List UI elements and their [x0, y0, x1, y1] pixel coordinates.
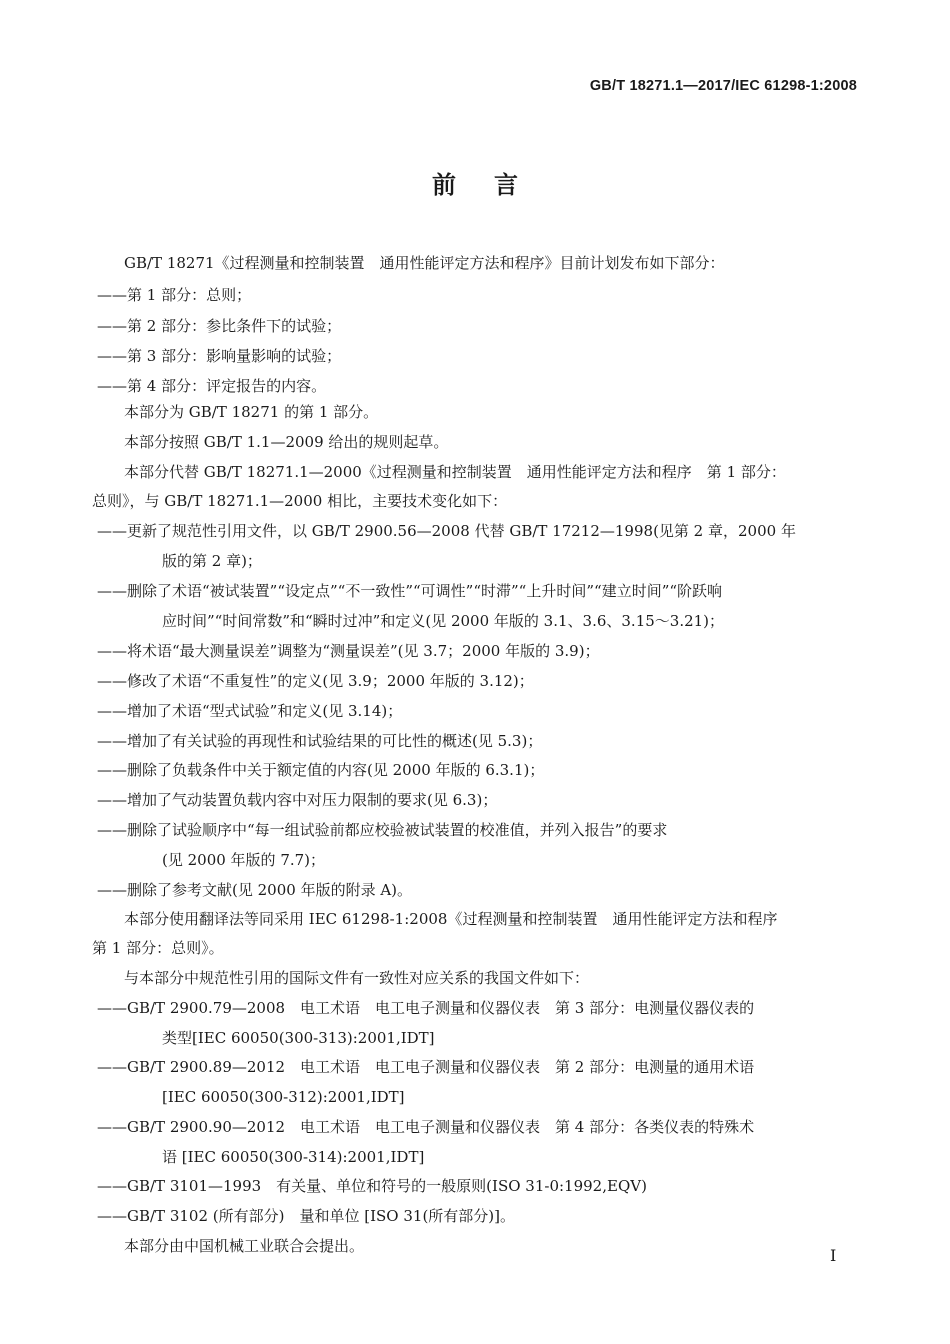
list-item: ——第 1 部分：总则； [97, 285, 251, 305]
paragraph-line: 版的第 2 章)； [162, 551, 262, 571]
list-item: ——删除了参考文献(见 2000 年版的附录 A)。 [97, 880, 412, 900]
list-item: ——增加了术语“型式试验”和定义(见 3.14)； [97, 701, 402, 721]
paragraph-line: 类型[IEC 60050(300-313):2001,IDT] [162, 1028, 435, 1048]
list-item: ——将术语“最大测量误差”调整为“测量误差”(见 3.7；2000 年版的 3.… [97, 641, 600, 661]
paragraph-line: 第 1 部分：总则》。 [92, 938, 224, 958]
paragraph-line: 与本部分中规范性引用的国际文件有一致性对应关系的我国文件如下： [124, 968, 589, 988]
paragraph-line: 本部分由中国机械工业联合会提出。 [124, 1236, 364, 1256]
paragraph-line: 本部分代替 GB/T 18271.1—2000《过程测量和控制装置 通用性能评定… [124, 462, 786, 482]
list-item: ——GB/T 2900.90—2012 电工术语 电工电子测量和仪器仪表 第 4… [97, 1117, 754, 1137]
list-item: ——GB/T 2900.89—2012 电工术语 电工电子测量和仪器仪表 第 2… [97, 1057, 754, 1077]
paragraph-line: [IEC 60050(300-312):2001,IDT] [162, 1087, 405, 1107]
list-item: ——GB/T 3101—1993 有关量、单位和符号的一般原则(ISO 31-0… [97, 1176, 647, 1196]
paragraph-line: 总则》，与 GB/T 18271.1—2000 相比，主要技术变化如下： [92, 491, 507, 511]
page-number: I [830, 1246, 836, 1265]
list-item: ——增加了有关试验的再现性和试验结果的可比性的概述(见 5.3)； [97, 731, 542, 751]
paragraph-line: 应时间”“时间常数”和“瞬时过冲”和定义(见 2000 年版的 3.1、3.6、… [162, 611, 724, 631]
list-item: ——第 3 部分：影响量影响的试验； [97, 346, 341, 366]
page-title: 前言 [0, 165, 950, 200]
list-item: ——增加了气动装置负载内容中对压力限制的要求(见 6.3)； [97, 790, 497, 810]
paragraph-line: (见 2000 年版的 7.7)； [162, 850, 325, 870]
list-item: ——删除了术语“被试装置”“设定点”“不一致性”“可调性”“时滞”“上升时间”“… [97, 581, 722, 601]
list-item: ——修改了术语“不重复性”的定义(见 3.9；2000 年版的 3.12)； [97, 671, 534, 691]
list-item: ——更新了规范性引用文件，以 GB/T 2900.56—2008 代替 GB/T… [97, 521, 796, 541]
list-item: ——第 4 部分：评定报告的内容。 [97, 376, 326, 396]
paragraph-line: 本部分使用翻译法等同采用 IEC 61298-1:2008《过程测量和控制装置 … [124, 909, 777, 929]
paragraph-line: 本部分为 GB/T 18271 的第 1 部分。 [124, 402, 378, 422]
list-item: ——第 2 部分：参比条件下的试验； [97, 316, 341, 336]
list-item: ——GB/T 3102 (所有部分) 量和单位 [ISO 31(所有部分)]。 [97, 1206, 515, 1226]
paragraph-line: 语 [IEC 60050(300-314):2001,IDT] [162, 1147, 424, 1167]
list-item: ——删除了试验顺序中“每一组试验前都应校验被试装置的校准值，并列入报告”的要求 [97, 820, 667, 840]
list-item: ——删除了负载条件中关于额定值的内容(见 2000 年版的 6.3.1)； [97, 760, 544, 780]
standard-number-header: GB/T 18271.1—2017/IEC 61298-1:2008 [590, 78, 857, 94]
paragraph-line: 本部分按照 GB/T 1.1—2009 给出的规则起草。 [124, 432, 448, 452]
list-item: ——GB/T 2900.79—2008 电工术语 电工电子测量和仪器仪表 第 3… [97, 998, 754, 1018]
paragraph-line: GB/T 18271《过程测量和控制装置 通用性能评定方法和程序》目前计划发布如… [124, 253, 725, 273]
